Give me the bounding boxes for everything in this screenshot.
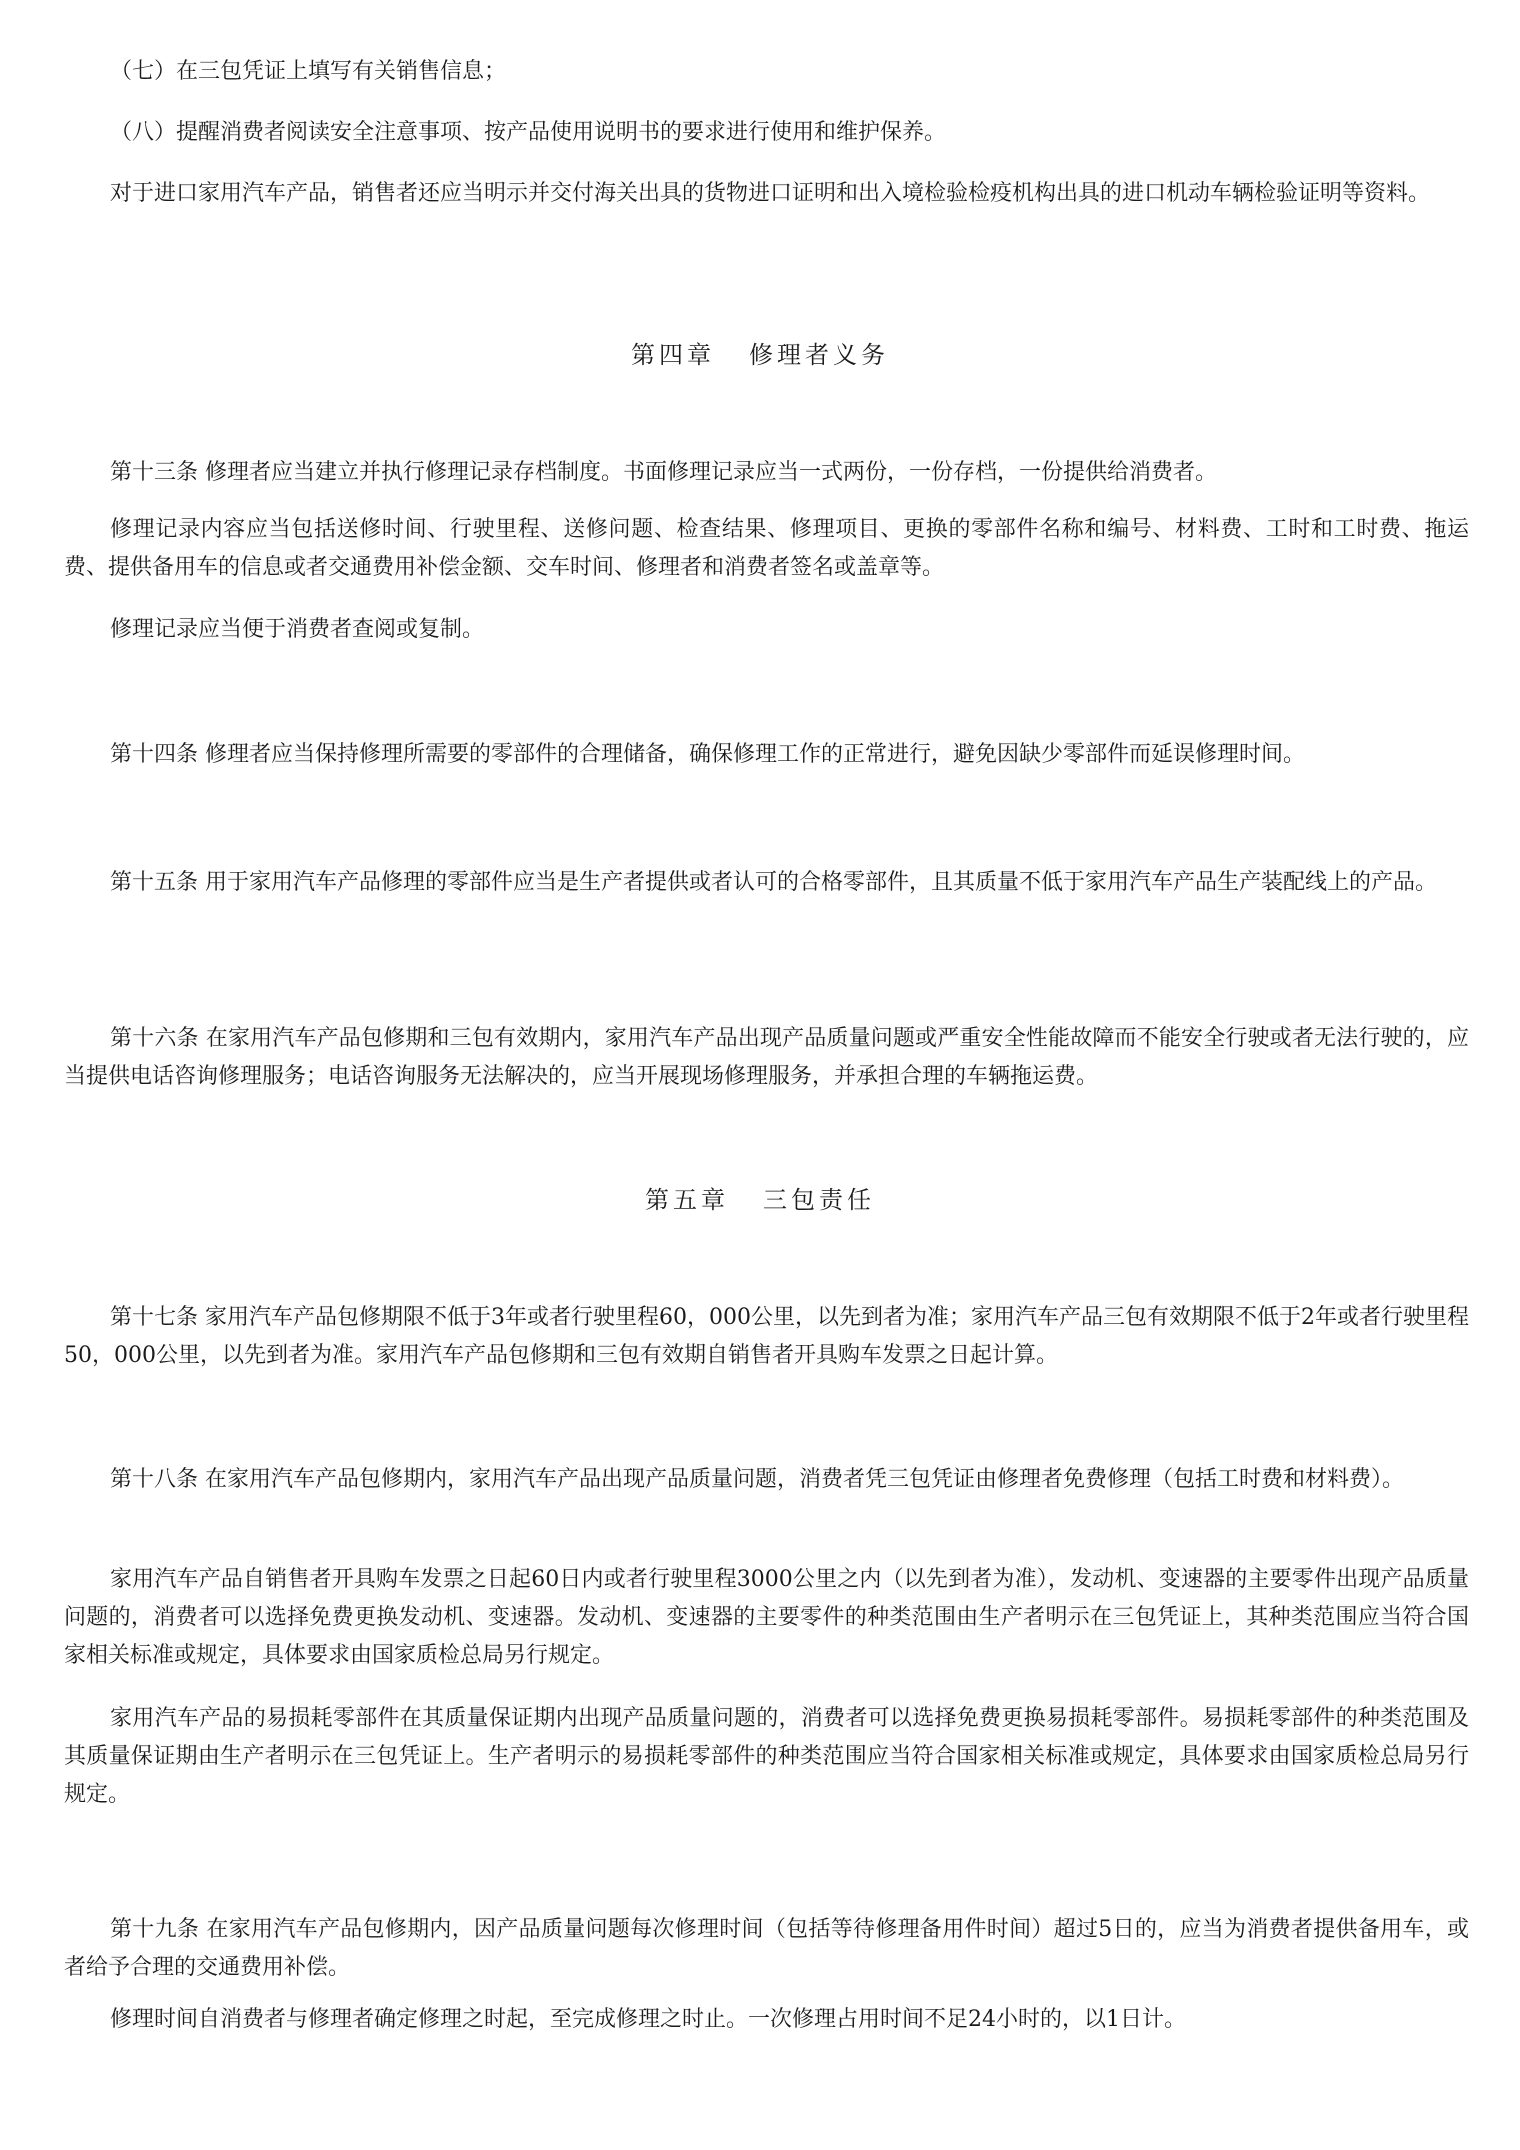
paragraph-article-18-p2: 家用汽车产品自销售者开具购车发票之日起60日内或者行驶里程3000公里之内（以先… xyxy=(64,1561,1469,1675)
paragraph-article-15: 第十五条 用于家用汽车产品修理的零部件应当是生产者提供或者认可的合格零部件，且其… xyxy=(64,864,1469,902)
paragraph-item-8: （八）提醒消费者阅读安全注意事项、按产品使用说明书的要求进行使用和维护保养。 xyxy=(64,114,1469,152)
chapter-4-title: 修理者义务 xyxy=(749,341,889,369)
paragraph-article-16: 第十六条 在家用汽车产品包修期和三包有效期内，家用汽车产品出现产品质量问题或严重… xyxy=(64,1020,1469,1096)
paragraph-item-7: （七）在三包凭证上填写有关销售信息； xyxy=(64,53,1469,91)
paragraph-article-19-p2: 修理时间自消费者与修理者确定修理之时起，至完成修理之时止。一次修理占用时间不足2… xyxy=(64,2001,1469,2039)
chapter-4-number: 第四章 xyxy=(631,341,715,369)
paragraph-article-13: 第十三条 修理者应当建立并执行修理记录存档制度。书面修理记录应当一式两份，一份存… xyxy=(64,454,1469,492)
paragraph-article-19: 第十九条 在家用汽车产品包修期内，因产品质量问题每次修理时间（包括等待修理备用件… xyxy=(64,1911,1469,1987)
paragraph-article-17: 第十七条 家用汽车产品包修期限不低于3年或者行驶里程60，000公里，以先到者为… xyxy=(64,1299,1469,1375)
paragraph-article-13-p3: 修理记录应当便于消费者查阅或复制。 xyxy=(64,611,1469,649)
chapter-4-heading: 第四章修理者义务 xyxy=(0,337,1520,373)
chapter-5-heading: 第五章三包责任 xyxy=(0,1182,1520,1218)
chapter-5-number: 第五章 xyxy=(645,1186,729,1214)
paragraph-article-18: 第十八条 在家用汽车产品包修期内，家用汽车产品出现产品质量问题，消费者凭三包凭证… xyxy=(64,1461,1469,1499)
paragraph-imported-products: 对于进口家用汽车产品，销售者还应当明示并交付海关出具的货物进口证明和出入境检验检… xyxy=(64,175,1469,213)
chapter-5-title: 三包责任 xyxy=(763,1186,875,1214)
paragraph-article-18-p3: 家用汽车产品的易损耗零部件在其质量保证期内出现产品质量问题的，消费者可以选择免费… xyxy=(64,1700,1469,1814)
paragraph-article-14: 第十四条 修理者应当保持修理所需要的零部件的合理储备，确保修理工作的正常进行，避… xyxy=(64,736,1469,774)
paragraph-article-13-p2: 修理记录内容应当包括送修时间、行驶里程、送修问题、检查结果、修理项目、更换的零部… xyxy=(64,511,1469,587)
